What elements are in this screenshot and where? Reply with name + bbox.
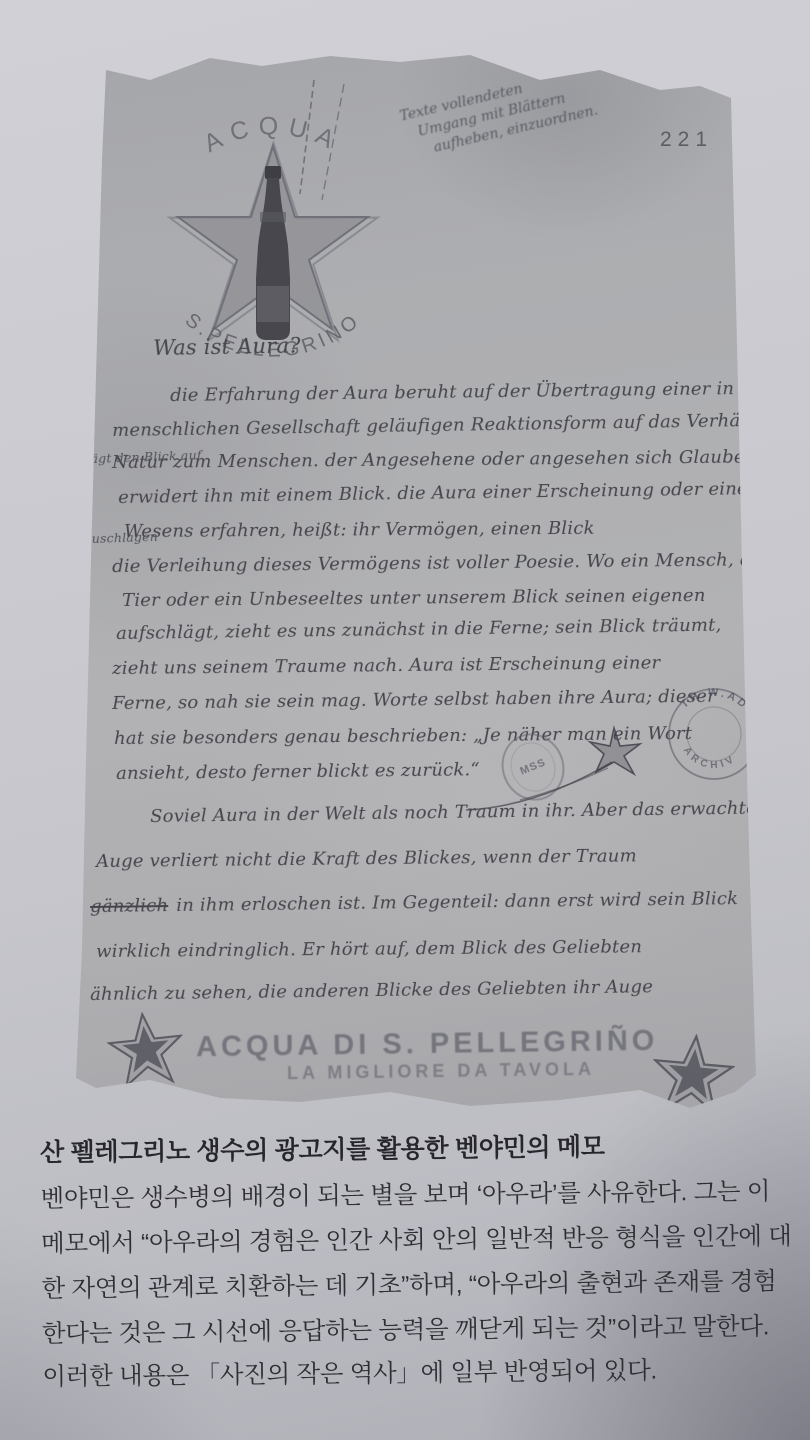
handwriting-line: Wesens erfahren, heißt: ihr Vermögen, ei… [124, 518, 595, 542]
caption-line: 한다는 것은 그 시선에 응답하는 능력을 깨닫게 되는 것”이라고 말한다. [42, 1307, 770, 1350]
caption-title: 산 펠레그리노 생수의 광고지를 활용한 벤야민의 메모 [40, 1127, 605, 1169]
margin-insert: aufzuschlagen [64, 529, 158, 547]
handwriting-line: erwidert ihn mit einem Blick. die Aura e… [118, 478, 757, 508]
caption-line: 메모에서 “아우라의 경험은 인간 사회 안의 일반적 반응 형식을 인간에 대 [41, 1217, 792, 1260]
handwriting-line: zieht uns seinem Traume nach. Aura ist E… [112, 652, 660, 679]
pencil-annotation: Texte vollendeten Umgang mit Blättern au… [398, 64, 600, 163]
svg-text:TH.W.ADO: TH.W.ADO [677, 680, 762, 723]
handwriting-line: Tier oder ein Unbeseeltes unter unserem … [122, 585, 706, 611]
pellegrino-star-logo: ACQUA S.PELLEGRINO [148, 80, 402, 370]
page-number: 221 [660, 128, 713, 152]
pencil-strokes [292, 76, 352, 206]
caption-line: 한 자연의 관계로 치환하는 데 기초”하며, “아우라의 출현과 존재를 경험 [41, 1262, 776, 1305]
letterhead-star-right [649, 1031, 738, 1120]
letterhead-star-left [104, 1008, 188, 1092]
handwriting-line: wirklich eindringlich. Er hört auf, dem … [96, 936, 642, 962]
handwriting-line: Auge verliert nicht die Kraft des Blicke… [96, 845, 637, 872]
handwriting-line: ähnlich zu sehen, die anderen Blicke des… [90, 976, 653, 1005]
handwriting-line: Ferne, so nah sie sein mag. Worte selbst… [112, 686, 716, 714]
adorno-archiv-stamp: TH.W.ADO ARCHIV [658, 676, 770, 791]
stamp-arc-top: TH.W.ADO [677, 680, 762, 723]
letterhead-bottom-slogan: LA MIGLIORE DA TAVOLA [287, 1059, 595, 1084]
struck-word: gänzlich [90, 895, 168, 917]
book-page-photo: Texte vollendeten Umgang mit Blättern au… [0, 0, 810, 1440]
handwriting-line: Soviel Aura in der Welt als noch Traum i… [150, 798, 757, 827]
handwriting-line: gänzlichin ihm erloschen ist. Im Gegente… [90, 888, 738, 917]
handwriting-line: ansieht, desto ferner blickt es zurück.“ [116, 759, 480, 784]
handwriting-line: aufschlägt, zieht es uns zunächst in die… [116, 615, 722, 644]
caption-line: 벤야민은 생수병의 배경이 되는 별을 보며 ‘아우라’를 사유한다. 그는 이 [40, 1172, 770, 1215]
handwriting-line: die Erfahrung der Aura beruht auf der Üb… [170, 378, 772, 406]
caption-line: 이러한 내용은 「사진의 작은 역사」에 일부 반영되어 있다. [42, 1351, 657, 1392]
handwriting-line: die Verleihung dieses Vermögens ist voll… [112, 549, 768, 577]
handwriting-line: menschlichen Gesellschaft geläufigen Rea… [112, 409, 810, 441]
handwriting-line-rest: in ihm erloschen ist. Im Gegenteil: dann… [176, 888, 738, 916]
handwriting-line: Natur zum Menschen. der Angesehene oder … [112, 446, 779, 473]
handwritten-title: Was ist Aura? [153, 333, 301, 360]
